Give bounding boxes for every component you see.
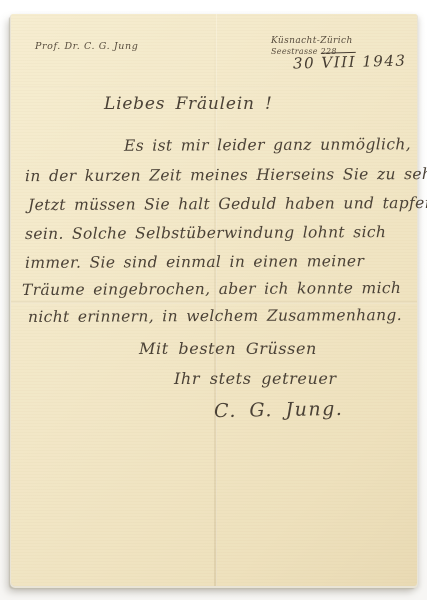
letter-paper: Prof. Dr. C. G. Jung Küsnacht-Zürich See… xyxy=(11,14,417,586)
signature: C. G. Jung. xyxy=(214,398,344,422)
date-year: 1943 xyxy=(362,52,407,71)
body-line: Jetzt müssen Sie halt Geduld haben und t… xyxy=(28,194,427,214)
body-line: Es ist mir leider ganz unmöglich, xyxy=(124,135,411,155)
body-line: sein. Solche Selbstüberwindung lohnt sic… xyxy=(25,223,386,243)
body-line: Träume eingebrochen, aber ich konnte mic… xyxy=(22,279,401,299)
letter-scan: Prof. Dr. C. G. Jung Küsnacht-Zürich See… xyxy=(0,0,427,600)
date-day: 30 xyxy=(293,54,316,73)
handwritten-date: 30 VIII 1943 xyxy=(293,52,407,73)
closing-line: Mit besten Grüssen xyxy=(139,339,317,358)
valediction-line: Ihr stets getreuer xyxy=(174,369,337,388)
letterhead-place: Küsnacht-Zürich xyxy=(271,36,353,47)
body-line: nicht erinnern, in welchem Zusammenhang. xyxy=(28,306,402,326)
date-month-roman: VIII xyxy=(321,53,356,72)
salutation: Liebes Fräulein ! xyxy=(104,94,273,114)
letterhead-sender: Prof. Dr. C. G. Jung xyxy=(35,41,138,52)
upper-fold-crease xyxy=(11,86,417,88)
horizontal-fold-crease xyxy=(11,301,417,304)
body-line: in der kurzen Zeit meines Hierseins Sie … xyxy=(25,165,427,185)
body-line: immer. Sie sind einmal in einen meiner xyxy=(25,252,364,272)
